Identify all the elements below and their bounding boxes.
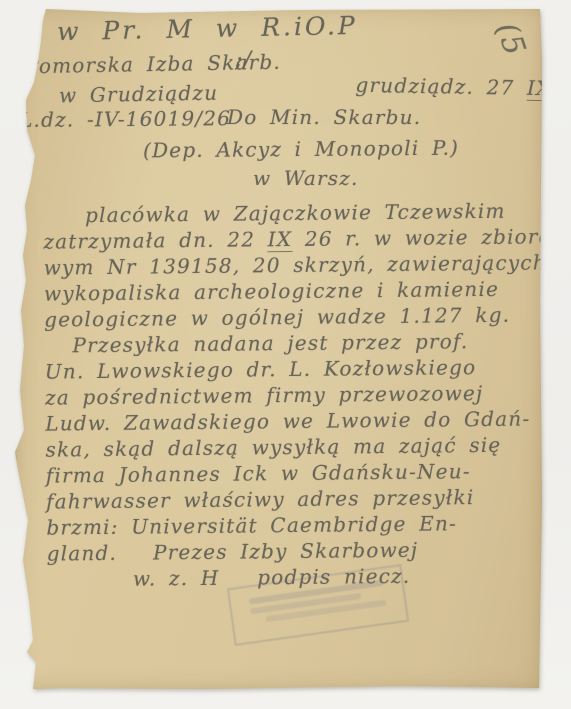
- paper-shadow-wrap: (5 w Pr. M w R.iO.P Pomorska Izba Skarb.…: [0, 0, 571, 709]
- handwritten-segment: gland.: [47, 541, 118, 566]
- handwritten-segment: zatrzymała dn. 22: [43, 227, 268, 253]
- recipient-city: w Warsz.: [253, 166, 359, 190]
- body-lines: placówka w Zajączkowie Tczewskimzatrzyma…: [43, 197, 539, 592]
- handwritten-segment: Przesyłka nadana jest przez prof.: [72, 329, 468, 357]
- reference-number: L.dz. -IV-16019/26: [19, 106, 231, 132]
- recipient-line: Do Min. Skarbu.: [227, 105, 421, 129]
- date-month-roman: IX: [527, 76, 552, 101]
- handwritten-segment: ska, skąd dalszą wysyłką ma zająć się: [45, 433, 501, 462]
- separator-mark: ;/: [235, 48, 252, 73]
- handwritten-segment: Ludw. Zawadskiego we Lwowie do Gdań-: [45, 406, 530, 435]
- sender-city: w Grudziądzu: [59, 81, 219, 108]
- handwritten-segment: placówka w Zajączkowie Tczewskim: [85, 199, 506, 227]
- handwritten-segment: IX: [268, 227, 293, 252]
- addressee-note: w Pr. M w R.iO.P: [57, 11, 358, 46]
- date-post: 26: [551, 76, 571, 101]
- handwritten-segment: geologiczne w ogólnej wadze 1.127 kg.: [44, 303, 510, 332]
- document-paper: (5 w Pr. M w R.iO.P Pomorska Izba Skarb.…: [15, 6, 543, 691]
- handwritten-segment: brzmi: Universität Caembridge En-: [46, 511, 457, 539]
- scan-background: (5 w Pr. M w R.iO.P Pomorska Izba Skarb.…: [0, 0, 571, 709]
- handwritten-segment: firma Johannes Ick w Gdańsku-Neu-: [46, 459, 471, 487]
- date-pre: grudziądz. 27: [355, 73, 527, 100]
- handwritten-segment: Un. Lwowskiego dr. L. Kozłowskiego: [45, 355, 477, 384]
- handwritten-segment: wykopaliska archeologiczne i kamienie: [44, 277, 499, 306]
- handwritten-segment: 26 r. w wozie zbioro-: [292, 224, 560, 251]
- handwritten-segment: za pośrednictwem firmy przewozowej: [45, 381, 484, 410]
- handwritten-segment: Prezes Izby Skarbowej: [153, 538, 418, 565]
- handwritten-segment: fahrwasser właściwy adres przesyłki: [46, 485, 475, 513]
- recipient-department: (Dep. Akcyz i Monopoli P.): [143, 136, 459, 163]
